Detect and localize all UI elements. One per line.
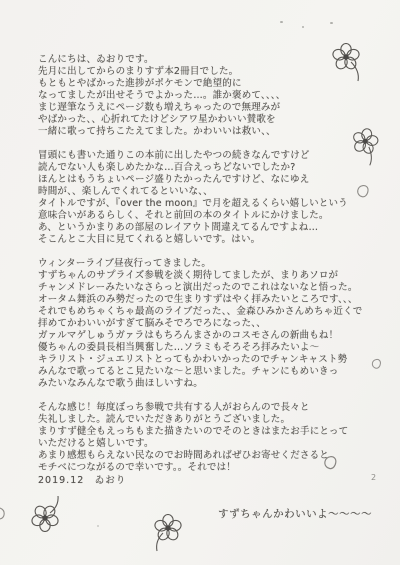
ink-speck: [280, 21, 283, 23]
ink-speck: [97, 525, 99, 527]
text-line: ウィンターライブ昼夜行ってきました。: [38, 258, 378, 270]
flower-doodle-icon: [28, 492, 64, 532]
text-line: ガァルマゲしゅうガァラはもちろんまさかのコスモさんの新曲もね！: [38, 330, 378, 342]
edge-mark-icon: [0, 506, 6, 520]
text-line: みんなで歌ってるとこ見たいな～と思いました。チャンにもめいきっ: [38, 366, 378, 378]
text-line: やばかった、、心折れてたけどシアワ星かわいい賛歌を: [38, 114, 378, 126]
text-line: 失礼しました。読んでいただきありがとうございました。: [38, 414, 378, 426]
text-line: 優ちゃんの委員長相当興奮した…ソラミもそろそろ拝みたいよ～: [38, 342, 378, 354]
text-line: 冒頭にも書いた通りこの本前に出したやつの続きなんですけど: [38, 150, 378, 162]
text-line: すずちゃんのサプライズ参戦を淡く期待してましたが、まりあソロが: [38, 270, 378, 282]
text-line: タイトルですが、『over the moon』で月を超えるくらい嬉しいという: [38, 198, 378, 210]
text-line: 意味合いがあるらしく、それと前回の本のタイトルにかけました。: [38, 210, 378, 222]
text-line: 先月に出してからのまりすず本2冊目でした。: [38, 66, 378, 78]
ink-speck: [302, 26, 304, 28]
circle-doodle-icon: [323, 455, 338, 472]
scanned-afterword-page: こんにちは、ゐおりです。 先月に出してからのまりすず本2冊目でした。 もともとや…: [0, 0, 400, 565]
flower-doodle-icon: [330, 43, 364, 83]
text-line: そんな感じ！毎度ぼっち参戦で共有する人がおらんので長々と: [38, 402, 378, 414]
text-line: みたいなみんなで歌う曲ほしいすね。: [38, 378, 378, 390]
text-line: 拝めてかわいいがすぎて脳みそでろでろになった、、: [38, 318, 378, 330]
text-line: こんにちは、ゐおりです。: [38, 54, 378, 66]
text-line: もともとやばかった進捗がポケモンで絶望的に: [38, 78, 378, 90]
text-line: いただけると嬉しいです。: [38, 438, 378, 450]
circle-doodle-icon: [371, 358, 382, 371]
flower-doodle-icon: [150, 514, 184, 554]
text-line: 時間が、、楽しんでくれてるといいな、、: [38, 186, 378, 198]
text-line: キラリスト・ジュエリストとってもかわいかったのでチャンキャスト勢: [38, 354, 378, 366]
text-line: チャンメドレーみたいなさらっと演出だったのでこれはないなと悟った。: [38, 282, 378, 294]
text-line: 読んでない人も楽しめたかな…百合えっちどないでしたか?: [38, 162, 378, 174]
page-number: 2: [371, 473, 376, 482]
circle-doodle-icon: [356, 184, 370, 200]
text-line: それでもめちゃくちゃ最高のライブだった、、金森ひみかさんめちゃ近くで: [38, 306, 378, 318]
text-line: まじ遅筆なうえにページ数も増えちゃったので無理みが: [38, 102, 378, 114]
date-signature: 2019.12 ゐおり: [38, 472, 126, 486]
handwritten-note: すずちゃんかわいいよ～～～～: [218, 506, 372, 521]
text-line: 一緒に歌って持ちこたえてました。かわいいは救い、、: [38, 126, 378, 138]
ink-speck: [330, 22, 333, 24]
afterword-text: こんにちは、ゐおりです。 先月に出してからのまりすず本2冊目でした。 もともとや…: [38, 42, 378, 484]
text-line: ほんとはもうちょいページ盛りたかったんですけど、なにゆえ: [38, 174, 378, 186]
text-line: そこんとこ大目に見てくれると嬉しいです。はい。: [38, 234, 378, 246]
text-line: なってましたが出せそうでよかった…。誰か褒めて、、、、: [38, 90, 378, 102]
flower-doodle-icon: [345, 125, 384, 169]
text-line: あ、というかまりあの部屋のレイアウト間違えてるんですよね…: [38, 222, 378, 234]
text-line: まりすず健全もえっちもまた描きたいのでそのときはまたお手にとって: [38, 426, 378, 438]
text-line: オータム舞浜のみ勢だったので生まりすずはやく拝みたいところです、、、: [38, 294, 378, 306]
